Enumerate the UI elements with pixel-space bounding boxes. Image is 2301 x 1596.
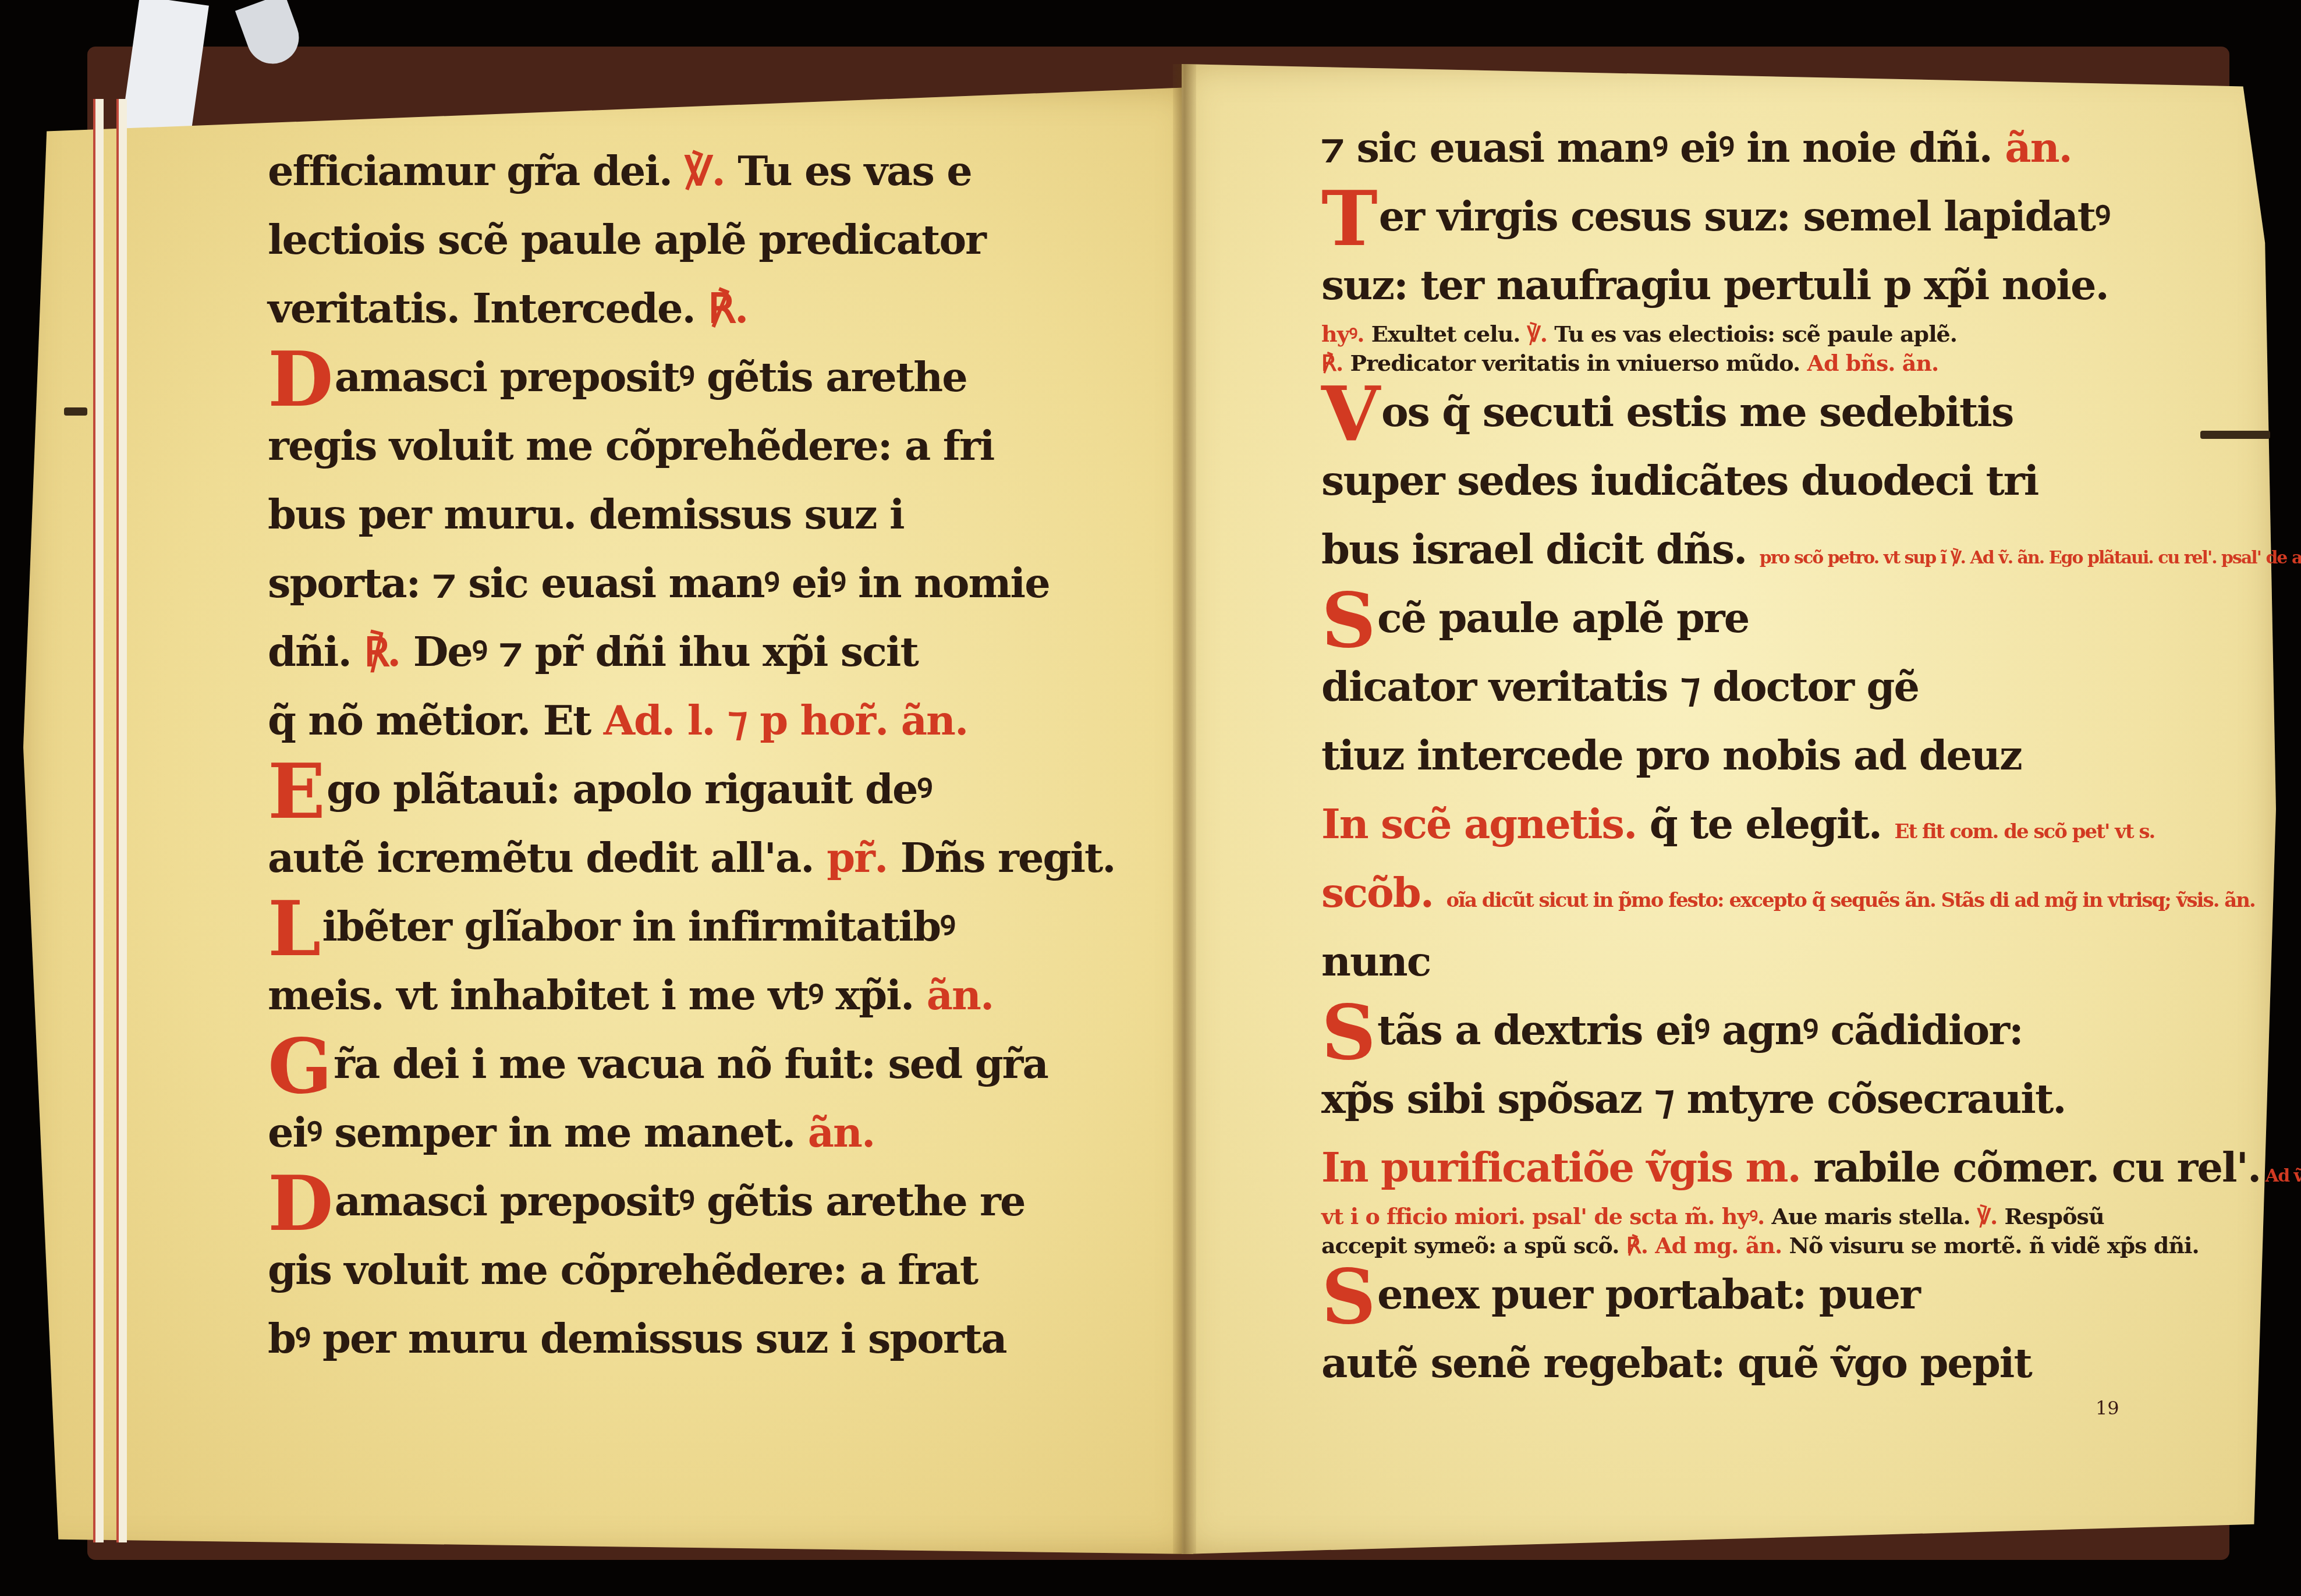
rubric-heading: scõb. (1321, 868, 1446, 917)
rubric-side-note: pro scõ petro. vt sup ĩ ℣. (1760, 548, 1965, 568)
manuscript-line: nunc (1321, 927, 2189, 996)
line-text: cẽ paule aplẽ pre (1377, 594, 1749, 642)
rubric-initial: D (268, 347, 332, 412)
rubric-side-note: rel'. psal' de aplis. hyꝰ. Doctor. (2179, 548, 2301, 568)
rubric-marker: ℟. (1626, 1232, 1655, 1258)
right-page-text: ⁊ sic euasi manꝰ eiꝰ in noie dñi. ãn. Te… (1321, 114, 2189, 1398)
line-text: super sedes iudicãtes duodeci tri (1321, 456, 2038, 505)
rubric-marker: ℟. (364, 627, 413, 676)
manuscript-line: In purificatiõe ṽgis m. rabile cõmer. cu… (1321, 1133, 2189, 1202)
rubric-marker: Ad bñs. ãn. (1807, 350, 1938, 376)
left-page-text: efficiamur gr̃a dei. ℣. Tu es vas electi… (268, 137, 1118, 1373)
line-text: suz: ter naufragiu pertuli p xp̃i noie. (1321, 261, 2108, 309)
manuscript-line: Ego plãtaui: apolo rigauit deꝰ (268, 755, 1118, 824)
rubric-initial: E (268, 760, 324, 824)
line-text: meis. vt inhabitet i me vtꝰ xp̃i. (268, 971, 927, 1019)
manuscript-line: Damasci prepositꝰ gẽtis arethe (268, 343, 1118, 412)
rubric-note: oĩa dicũt sicut in p̃mo festo: excepto q… (1446, 889, 1984, 912)
manuscript-line: In scẽ agnetis. q̃ te elegit. Et fit com… (1321, 790, 2189, 859)
rubric-initial: L (268, 897, 320, 961)
rubric-marker: ãn. (927, 971, 994, 1019)
rubric-marker: Ad mg. ãn. (1655, 1232, 1789, 1258)
manuscript-line: vt i o fficio miori. psal' de scta m̃. h… (1321, 1202, 2189, 1231)
interlinear-gloss: nunc (1321, 937, 1430, 985)
manuscript-line: suz: ter naufragiu pertuli p xp̃i noie. (1321, 251, 2189, 320)
rubric-marker: ℣. (685, 147, 738, 195)
manuscript-line: sporta: ⁊ sic euasi manꝰ eiꝰ in nomie (268, 549, 1118, 618)
rubric-heading: In purificatiõe ṽgis m. (1321, 1143, 1813, 1191)
line-text-tail: Dñs regit. (900, 834, 1115, 882)
manuscript-line: veritatis. Intercede. ℟. (268, 274, 1118, 343)
rubric-initial: S (1321, 1265, 1375, 1329)
page-edges (93, 99, 163, 1542)
manuscript-line: tiuz intercede pro nobis ad deuz (1321, 721, 2189, 790)
rubric-marker: pr̃. (827, 834, 900, 882)
manuscript-line: eiꝰ semper in me manet. ãn. (268, 1098, 1118, 1167)
manuscript-line: Senex puer portabat: puer (1321, 1260, 2189, 1329)
manuscript-line: gis voluit me cõprehẽdere: a frat (268, 1236, 1118, 1304)
line-text: autẽ icremẽtu dedit all'a. (268, 834, 827, 882)
line-text: ⁊ sic euasi manꝰ eiꝰ in noie dñi. (1321, 123, 2005, 172)
line-text: tãs a dextris eiꝰ agnꝰ cãdidior: (1377, 1006, 2023, 1054)
rubric-note: Et fit com. (1895, 820, 1998, 843)
line-text: amasci prepositꝰ gẽtis arethe re (335, 1177, 1025, 1225)
manuscript-line: super sedes iudicãtes duodeci tri (1321, 446, 2189, 515)
line-text: lectiois scẽ paule aplẽ predicator (268, 215, 985, 264)
line-text: sporta: ⁊ sic euasi manꝰ eiꝰ in nomie (268, 559, 1050, 607)
line-text-tail: Tu es vas e (738, 147, 972, 195)
manuscript-line: bus israel dicit dñs. pro scõ petro. vt … (1321, 515, 2189, 584)
folio-number: 19 (2096, 1397, 2119, 1419)
manuscript-line: accepit symeõ: a spũ scõ. ℟. Ad mg. ãn. … (1321, 1231, 2189, 1260)
rubric-initial: S (1321, 588, 1375, 652)
rubric-text: vt i o fficio miori. psal' de scta m̃. h… (1321, 1203, 1771, 1229)
rubric-heading: In scẽ agnetis. (1321, 800, 1650, 848)
line-text: efficiamur gr̃a dei. (268, 147, 685, 195)
line-text: gis voluit me cõprehẽdere: a frat (268, 1246, 977, 1294)
book-gutter (1173, 64, 1196, 1554)
rubric-marker: ℟. (708, 284, 747, 332)
manuscript-line: ℟. Predicator veritatis in vniuerso mũdo… (1321, 349, 2189, 378)
manuscript-line: q̃ nõ mẽtior. Et Ad. l. ⁊ p hor̃. ãn. (268, 686, 1118, 755)
line-text: bꝰ per muru demissus suz i sporta (268, 1314, 1006, 1363)
line-text: Predicator veritatis in vniuerso mũdo. (1350, 350, 1807, 376)
manuscript-line: Scẽ paule aplẽ pre (1321, 584, 2189, 652)
line-text: q̃ te elegit. (1650, 800, 1895, 848)
rubric-initial: T (1321, 187, 1377, 251)
line-text: bus per muru. demissus suz i (268, 490, 903, 538)
line-text: bus israel dicit dñs. (1321, 525, 1760, 573)
line-text: q̃ nõ mẽtior. Et (268, 696, 604, 744)
line-text: veritatis. Intercede. (268, 284, 708, 332)
rubric-marker: ℣. (1977, 1203, 2005, 1229)
line-text: eiꝰ semper in me manet. (268, 1108, 808, 1157)
manuscript-line: autẽ icremẽtu dedit all'a. pr̃. Dñs regi… (268, 824, 1118, 892)
manuscript-line: Damasci prepositꝰ gẽtis arethe re (268, 1167, 1118, 1236)
rubric-marker: Ad. l. ⁊ p hor̃. ãn. (604, 696, 968, 744)
rubric-note: de scõ pet' vt s. (1998, 820, 2154, 843)
rubric-marker: ãn. (2005, 123, 2072, 172)
rubric-initial: S (1321, 1001, 1375, 1065)
page-edge (116, 99, 127, 1542)
manuscript-line: Libẽter glĩabor in infirmitatibꝰ (268, 892, 1118, 961)
manuscript-line: ⁊ sic euasi manꝰ eiꝰ in noie dñi. ãn. (1321, 114, 2189, 182)
manuscript-line: Ter virgis cesus suz: semel lapidatꝰ (1321, 182, 2189, 251)
page-tab-marker (2200, 431, 2270, 439)
line-text-tail: Respõsũ (2004, 1203, 2104, 1229)
line-text-tail: rabile cõmer. cu rel'. (1813, 1143, 2260, 1191)
rubric-marker: ãn. (808, 1108, 875, 1157)
manuscript-line: bus per muru. demissus suz i (268, 480, 1118, 549)
manuscript-line: meis. vt inhabitet i me vtꝰ xp̃i. ãn. (268, 961, 1118, 1030)
line-text: er virgis cesus suz: semel lapidatꝰ (1379, 192, 2109, 240)
manuscript-line: dñi. ℟. Deꝰ ⁊ pr̃ dñi ihu xp̃i scit (268, 618, 1118, 686)
line-text: amasci prepositꝰ gẽtis arethe (335, 353, 967, 401)
line-text-tail: Deꝰ ⁊ pr̃ dñi ihu xp̃i scit (413, 627, 918, 676)
line-text-tail: Nõ visuru se mortẽ. ñ vidẽ xp̃s dñi. (1789, 1232, 2199, 1258)
rubric-side-note: Ad ṽ. ãn. Ego plãtaui. cu (1965, 548, 2179, 568)
line-text: ibẽter glĩabor in infirmitatibꝰ (322, 902, 954, 950)
line-text: tiuz intercede pro nobis ad deuz (1321, 731, 2022, 779)
manuscript-line: bꝰ per muru demissus suz i sporta (268, 1304, 1118, 1373)
line-text-tail: Tu es vas electiois: scẽ paule aplẽ. (1554, 321, 1957, 347)
rubric-initial: V (1321, 382, 1379, 446)
page-edge (93, 99, 104, 1542)
manuscript-line: Gr̃a dei i me vacua nõ fuit: sed gr̃a (268, 1030, 1118, 1098)
rubric-initial: D (268, 1172, 332, 1236)
rubric-marker: ℣. (1527, 321, 1555, 347)
rubric-initial: G (268, 1034, 331, 1098)
line-text: go plãtaui: apolo rigauit deꝰ (327, 765, 931, 813)
manuscript-line: hyꝰ. Exultet celu. ℣. Tu es vas electioi… (1321, 320, 2189, 349)
line-text: enex puer portabat: puer (1377, 1270, 1920, 1318)
manuscript-line: Stãs a dextris eiꝰ agnꝰ cãdidior: (1321, 996, 2189, 1065)
rubric-side-note: Ad ṽ. ãn. O ad mi (2260, 1166, 2301, 1186)
manuscript-line: autẽ senẽ regebat: quẽ ṽgo pepit (1321, 1329, 2189, 1398)
manuscript-line: scõb. oĩa dicũt sicut in p̃mo festo: exc… (1321, 859, 2189, 927)
line-text: dñi. (268, 627, 364, 676)
line-text: Aue maris stella. (1771, 1203, 1977, 1229)
manuscript-line: dicator veritatis ⁊ doctor gẽ (1321, 652, 2189, 721)
line-text: os q̃ secuti estis me sedebitis (1381, 388, 2013, 436)
line-text: dicator veritatis ⁊ doctor gẽ (1321, 662, 1919, 711)
rubric-marker: hyꝰ. (1321, 321, 1371, 347)
line-text: Exultet celu. (1371, 321, 1527, 347)
manuscript-line: xp̃s sibi spõsaz ⁊ mtyre cõsecrauit. (1321, 1065, 2189, 1133)
manuscript-line: Vos q̃ secuti estis me sedebitis (1321, 378, 2189, 446)
rubric-note: di ad mg̃ in vtrisq; ṽsis. ãn. (1984, 889, 2255, 912)
manuscript-line: lectiois scẽ paule aplẽ predicator (268, 205, 1118, 274)
line-text: regis voluit me cõprehẽdere: a fri (268, 421, 994, 470)
line-text: xp̃s sibi spõsaz ⁊ mtyre cõsecrauit. (1321, 1074, 2066, 1123)
line-text: r̃a dei i me vacua nõ fuit: sed gr̃a (334, 1040, 1048, 1088)
manuscript-line: regis voluit me cõprehẽdere: a fri (268, 412, 1118, 480)
clasp-stub (64, 407, 87, 416)
line-text: autẽ senẽ regebat: quẽ ṽgo pepit (1321, 1339, 2031, 1387)
manuscript-line: efficiamur gr̃a dei. ℣. Tu es vas e (268, 137, 1118, 205)
